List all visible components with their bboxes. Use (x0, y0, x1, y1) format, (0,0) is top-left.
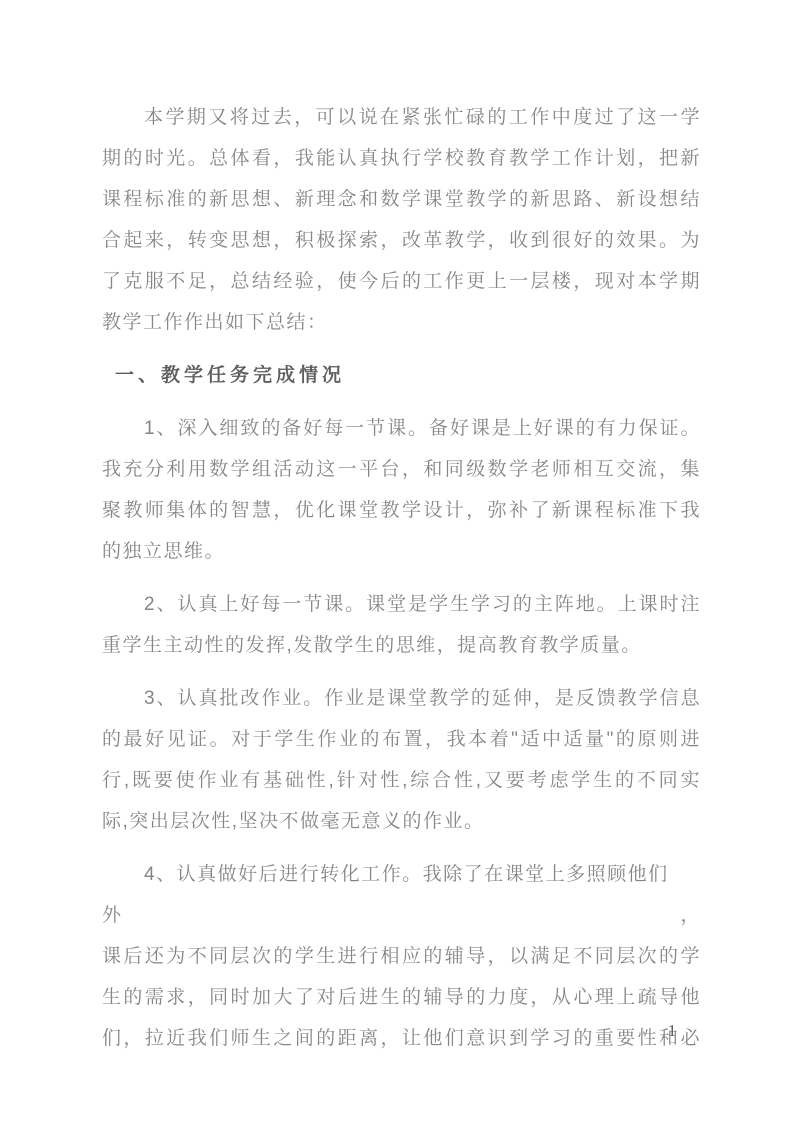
text-line: 重学生主动性的发挥,发散学生的思维，提高教育教学质量。 (102, 625, 701, 666)
text-line: 3、认真批改作业。作业是课堂教学的延伸，是反馈教学信息 (102, 678, 701, 719)
text-line: 们，拉近我们师生之间的距离，让他们意识到学习的重要性和必 (102, 1018, 701, 1059)
paragraph-3: 3、认真批改作业。作业是课堂教学的延伸，是反馈教学信息 的最好见证。对于学生作业… (102, 678, 701, 842)
document-page: 本学期又将过去，可以说在紧张忙碌的工作中度过了这一学 期的时光。总体看，我能认真… (0, 0, 793, 1122)
text-line: 聚教师集体的智慧，优化课堂教学设计，弥补了新课程标准下我 (102, 490, 701, 531)
text-line: 合起来，转变思想，积极探索，改革教学，收到很好的效果。为 (102, 220, 701, 261)
text-line: 了克服不足，总结经验，使今后的工作更上一层楼，现对本学期 (102, 261, 701, 302)
text-line: 期的时光。总体看，我能认真执行学校教育教学工作计划，把新 (102, 138, 701, 179)
paragraph-1: 1、深入细致的备好每一节课。备好课是上好课的有力保证。 我充分利用数学组活动这一… (102, 408, 701, 572)
paragraph-4: 4、认真做好后进行转化工作。我除了在课堂上多照顾他们外， 课后还为不同层次的学生… (102, 854, 701, 1059)
text-line: 2、认真上好每一节课。课堂是学生学习的主阵地。上课时注 (102, 584, 701, 625)
paragraph-2: 2、认真上好每一节课。课堂是学生学习的主阵地。上课时注 重学生主动性的发挥,发散… (102, 584, 701, 666)
text-line: 行,既要使作业有基础性,针对性,综合性,又要考虑学生的不同实 (102, 760, 701, 801)
text-line: 际,突出层次性,坚决不做毫无意义的作业。 (102, 801, 701, 842)
text-line: 我充分利用数学组活动这一平台，和同级数学老师相互交流，集 (102, 449, 701, 490)
text-line: 1、深入细致的备好每一节课。备好课是上好课的有力保证。 (102, 408, 701, 449)
section-heading: 一、教学任务完成情况 (102, 355, 701, 396)
text-line: 的最好见证。对于学生作业的布置，我本着"适中适量"的原则进 (102, 719, 701, 760)
text-line: 4、认真做好后进行转化工作。我除了在课堂上多照顾他们外， (102, 854, 701, 936)
text-line: 生的需求，同时加大了对后进生的辅导的力度，从心理上疏导他 (102, 977, 701, 1018)
text-line: 的独立思维。 (102, 531, 701, 572)
document-body: 本学期又将过去，可以说在紧张忙碌的工作中度过了这一学 期的时光。总体看，我能认真… (102, 97, 701, 1071)
page-number: 1 (660, 1018, 684, 1044)
text-line: 课后还为不同层次的学生进行相应的辅导，以满足不同层次的学 (102, 936, 701, 977)
text-line: 本学期又将过去，可以说在紧张忙碌的工作中度过了这一学 (102, 97, 701, 138)
text-line: 教学工作作出如下总结： (102, 302, 701, 343)
text-line: 课程标准的新思想、新理念和数学课堂教学的新思路、新设想结 (102, 179, 701, 220)
intro-paragraph: 本学期又将过去，可以说在紧张忙碌的工作中度过了这一学 期的时光。总体看，我能认真… (102, 97, 701, 343)
